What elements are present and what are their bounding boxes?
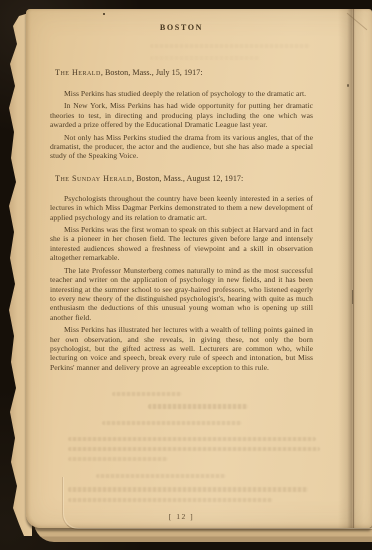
book-photograph: BOSTON The Herald, Boston, Mass., July 1…: [0, 0, 372, 550]
gutter-crease: [338, 9, 364, 528]
section-heading-herald: The Herald, Boston, Mass., July 15, 1917…: [50, 68, 313, 78]
page-number: [ 12 ]: [50, 512, 313, 521]
source-name: The Herald: [55, 68, 101, 77]
show-through-text: [68, 447, 320, 451]
paragraph: Miss Perkins has illustrated her lecture…: [50, 325, 313, 372]
show-through-text: [68, 487, 308, 492]
source-name: The Sunday Herald: [55, 174, 132, 183]
show-through-text: [102, 421, 242, 425]
paragraph: Not only has Miss Perkins studied the dr…: [50, 133, 313, 161]
show-through-text: [68, 437, 316, 441]
page-content: BOSTON The Herald, Boston, Mass., July 1…: [50, 23, 313, 375]
embossed-board-groove: [62, 477, 372, 530]
gutter-crease-line: [353, 9, 354, 528]
running-header: BOSTON: [50, 23, 313, 33]
section-heading-sunday-herald: The Sunday Herald, Boston, Mass., August…: [50, 174, 313, 184]
paper-speck: [352, 290, 353, 304]
show-through-text: [112, 392, 182, 396]
paragraph: The late Professor Munsterberg comes nat…: [50, 266, 313, 322]
show-through-text: [68, 457, 168, 461]
paragraph: Miss Perkins was the first woman to spea…: [50, 225, 313, 263]
paper-speck: [347, 84, 349, 87]
paper-speck: [103, 13, 105, 15]
show-through-text: [148, 404, 248, 409]
show-through-text: [68, 498, 273, 502]
source-citation: , Boston, Mass., July 15, 1917:: [101, 68, 203, 77]
paragraph: Miss Perkins has studied deeply the rela…: [50, 89, 313, 98]
paragraph: In New York, Miss Perkins has had wide o…: [50, 101, 313, 129]
book-page: BOSTON The Herald, Boston, Mass., July 1…: [26, 9, 372, 528]
show-through-text: [96, 474, 226, 478]
paragraph: Psychologists throughout the country hav…: [50, 194, 313, 222]
source-citation: , Boston, Mass., August 12, 1917:: [132, 174, 243, 183]
